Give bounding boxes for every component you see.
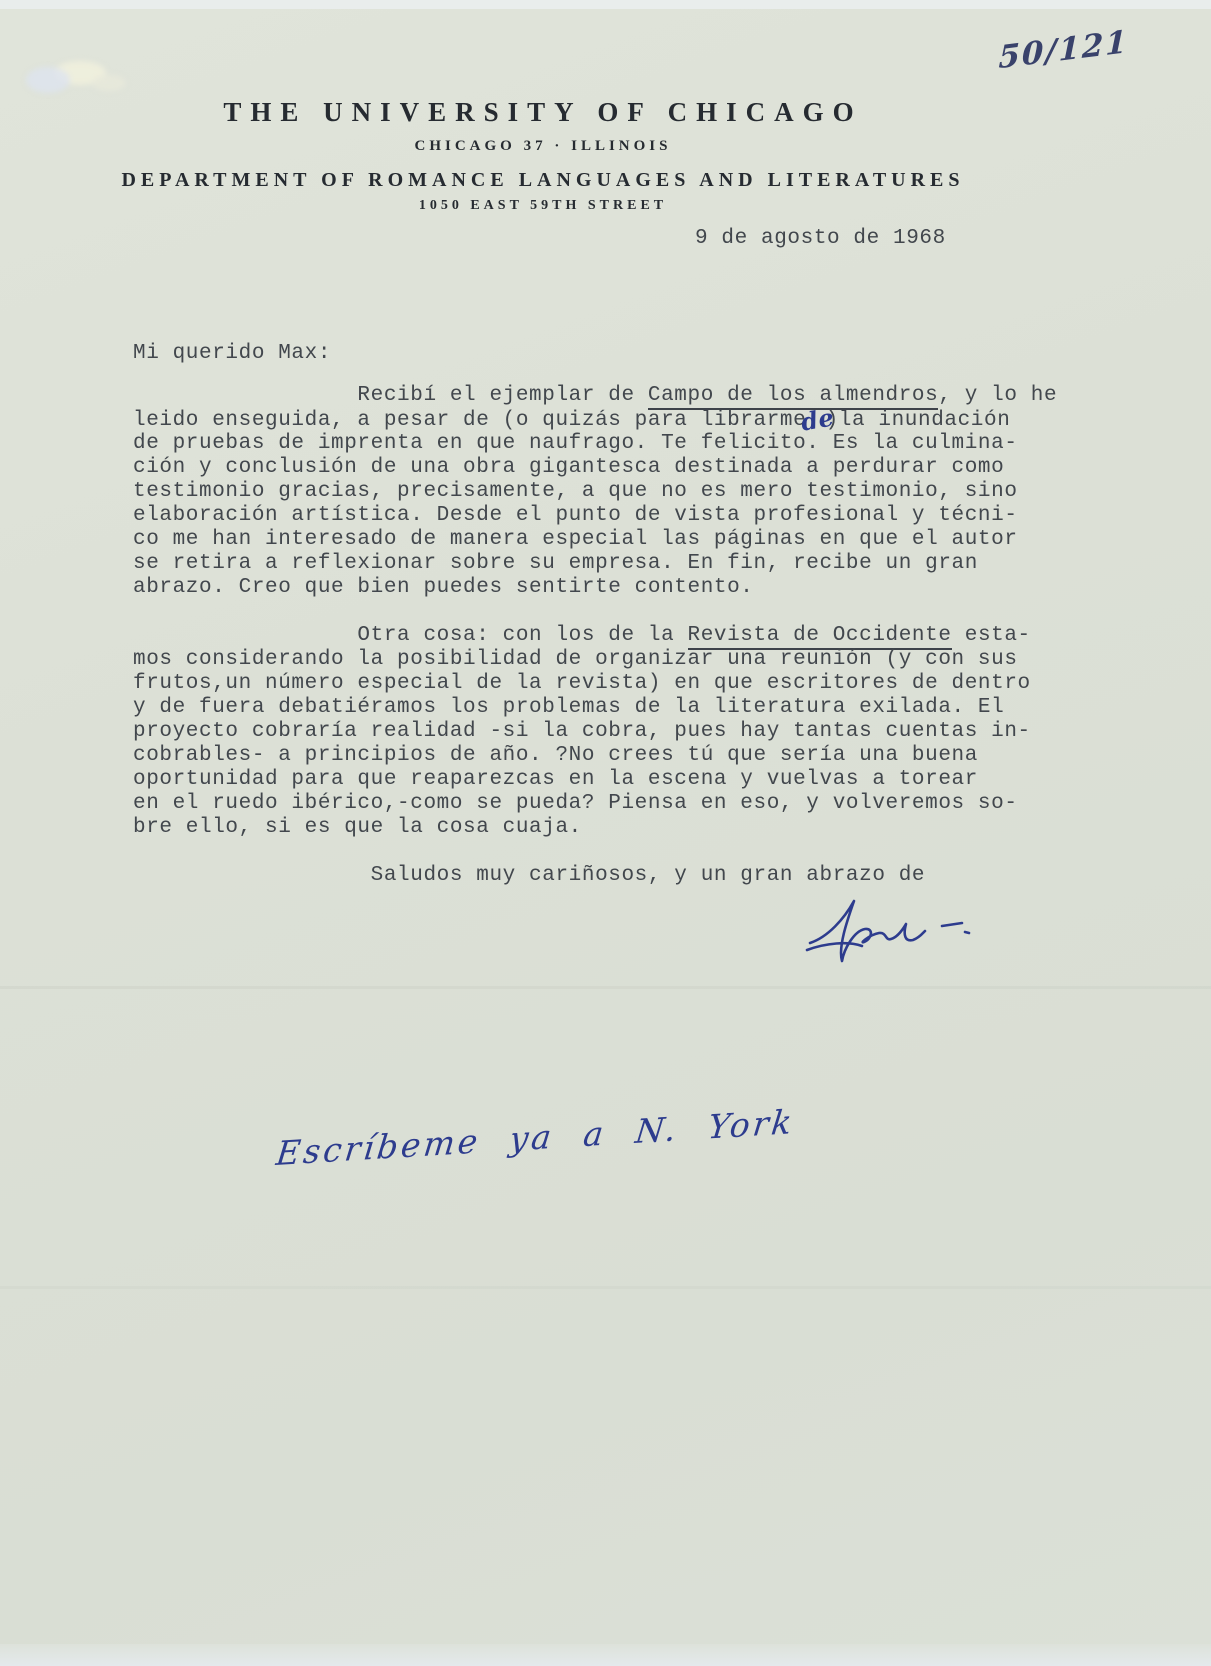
body-line: bre ello, si es que la cosa cuaja. [133, 816, 1033, 840]
body-line: leido enseguida, a pesar de (o quizás pa… [133, 408, 1033, 432]
text-segment: , y lo he [938, 384, 1057, 407]
signature-autograph [802, 893, 1002, 970]
text-segment: Otra cosa: con los de la [133, 624, 688, 647]
text-segment: Recibí el ejemplar de [133, 384, 648, 407]
text-segment: oportunidad para que reaparezcas en la e… [133, 768, 978, 791]
body-line: ción y conclusión de una obra gigantesca… [133, 456, 1033, 480]
body-line: abrazo. Creo que bien puedes sentirte co… [133, 576, 1033, 600]
text-segment: co me han interesado de manera especial … [133, 528, 1018, 551]
scan-edge-bottom [0, 1644, 1211, 1666]
body-line: co me han interesado de manera especial … [133, 528, 1033, 552]
text-segment: frutos,un número especial de la revista)… [133, 672, 1031, 695]
salutation: Mi querido Max: [133, 342, 331, 365]
body-line: mos considerando la posibilidad de organ… [133, 648, 1033, 672]
letter-body: Recibí el ejemplar de Campo de los almen… [133, 384, 1033, 912]
text-segment: ción y conclusión de una obra gigantesca… [133, 456, 1004, 479]
text-segment: cobrables- a principios de año. ?No cree… [133, 744, 978, 767]
book-title-underlined: Campo de los almendros [648, 384, 938, 410]
date-line: 9 de agosto de 1968 [695, 227, 946, 250]
handwritten-insertion: de [800, 408, 836, 432]
body-line: se retira a reflexionar sobre su empresa… [133, 552, 1033, 576]
body-line: oportunidad para que reaparezcas en la e… [133, 768, 1033, 792]
body-line: proyecto cobraría realidad -si la cobra,… [133, 720, 1033, 744]
body-line: frutos,un número especial de la revista)… [133, 672, 1033, 696]
archive-catalog-mark: 50/121 [998, 24, 1129, 76]
text-segment: elaboración artística. Desde el punto de… [133, 504, 1018, 527]
body-line: cobrables- a principios de año. ?No cree… [133, 744, 1033, 768]
text-segment: se retira a reflexionar sobre su empresa… [133, 552, 978, 575]
text-segment: Saludos muy cariñosos, y un gran abrazo … [133, 864, 925, 887]
paragraph: Otra cosa: con los de la Revista de Occi… [133, 624, 1033, 840]
text-segment: leido enseguida, a pesar de (o quizás pa… [133, 409, 806, 432]
body-line: de pruebas de imprenta en que naufrago. … [133, 432, 1033, 456]
body-line: testimonio gracias, precisamente, a que … [133, 480, 1033, 504]
paper-blemish [18, 55, 138, 97]
text-segment: esta- [952, 624, 1031, 647]
institution-city: CHICAGO 37 · ILLINOIS [0, 137, 1086, 155]
paper-crease [0, 986, 1211, 989]
street-address: 1050 EAST 59TH STREET [0, 197, 1086, 214]
institution-name: THE UNIVERSITY OF CHICAGO [0, 96, 1086, 128]
text-segment: proyecto cobraría realidad -si la cobra,… [133, 720, 1031, 743]
scanned-letter-page: 50/121 THE UNIVERSITY OF CHICAGO CHICAGO… [0, 0, 1211, 1666]
department-name: DEPARTMENT OF ROMANCE LANGUAGES AND LITE… [0, 168, 1086, 192]
text-segment: en el ruedo ibérico,-como se pueda? Pien… [133, 792, 1018, 815]
letterhead: THE UNIVERSITY OF CHICAGO CHICAGO 37 · I… [0, 96, 1086, 214]
body-line: Otra cosa: con los de la Revista de Occi… [133, 624, 1033, 648]
text-segment: abrazo. Creo que bien puedes sentirte co… [133, 576, 754, 599]
text-segment: de pruebas de imprenta en que naufrago. … [133, 432, 1018, 455]
text-segment: )la inundación [826, 409, 1011, 432]
paragraph: Recibí el ejemplar de Campo de los almen… [133, 384, 1033, 600]
text-segment: testimonio gracias, precisamente, a que … [133, 480, 1018, 503]
scan-edge-top [0, 0, 1211, 9]
body-line: en el ruedo ibérico,-como se pueda? Pien… [133, 792, 1033, 816]
body-line: Saludos muy cariñosos, y un gran abrazo … [133, 864, 1033, 888]
text-segment: y de fuera debatiéramos los problemas de… [133, 696, 1004, 719]
journal-title-underlined: Revista de Occidente [688, 624, 952, 650]
text-segment: bre ello, si es que la cosa cuaja. [133, 816, 582, 839]
text-segment: mos considerando la posibilidad de organ… [133, 648, 1018, 671]
paragraph: Saludos muy cariñosos, y un gran abrazo … [133, 864, 1033, 888]
body-line: Recibí el ejemplar de Campo de los almen… [133, 384, 1033, 408]
signature-ayala-scrawl [802, 893, 1002, 965]
handwritten-postscript: Escríbeme ya a N. York [274, 1102, 797, 1173]
body-line: elaboración artística. Desde el punto de… [133, 504, 1033, 528]
body-line: y de fuera debatiéramos los problemas de… [133, 696, 1033, 720]
paper-crease [0, 1286, 1211, 1289]
